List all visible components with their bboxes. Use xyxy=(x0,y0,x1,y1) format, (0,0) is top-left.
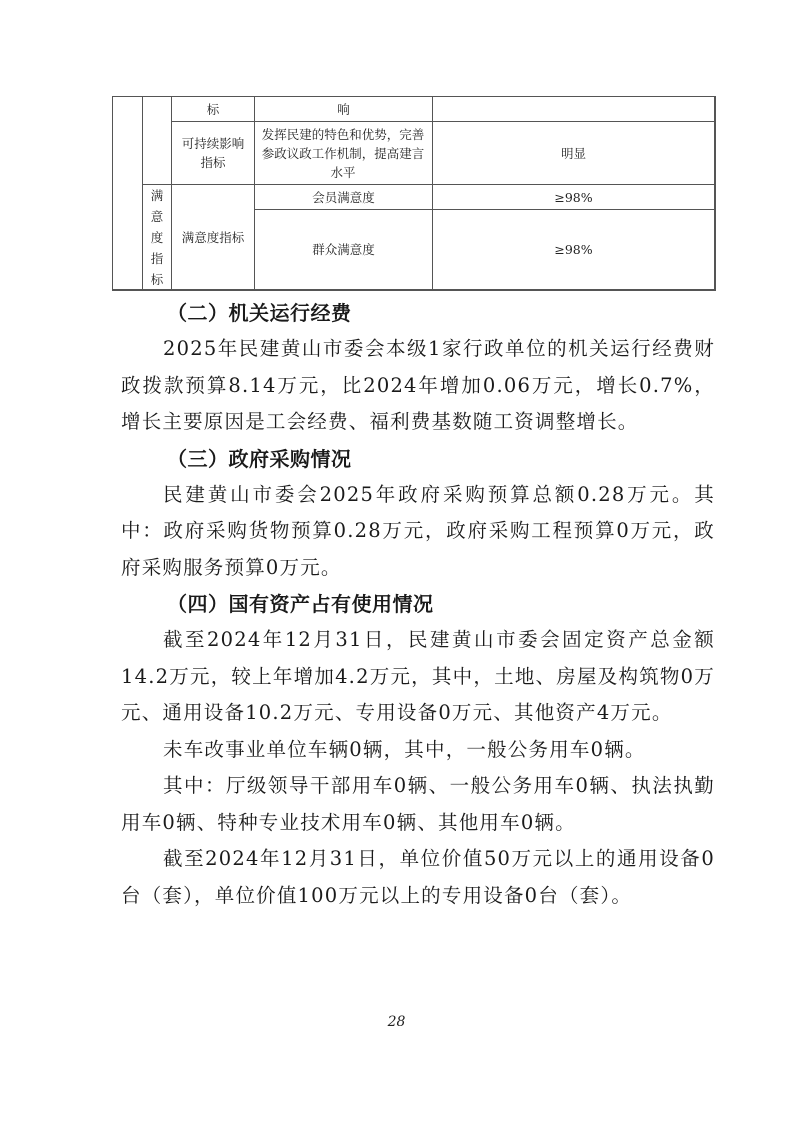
paragraph: 未车改事业单位车辆0辆，其中，一般公务用车0辆。 xyxy=(121,732,715,769)
table-cell xyxy=(433,97,714,121)
section-heading: （三）政府采购情况 xyxy=(121,441,715,477)
vertical-label-char: 标 xyxy=(151,269,164,290)
vertical-label-char: 指 xyxy=(151,248,164,269)
table-cell: 满意度指标 xyxy=(172,185,254,289)
table-cell: ≥98% xyxy=(433,185,714,209)
table-cell: 明显 xyxy=(433,122,714,184)
table-cell: 可持续影响指标 xyxy=(176,122,250,184)
page-number: 28 xyxy=(0,1014,793,1030)
paragraph: 截至2024年12月31日，单位价值50万元以上的通用设备0台（套），单位价值1… xyxy=(121,841,715,914)
paragraph: 其中：厅级领导干部用车0辆、一般公务用车0辆、执法执勤用车0辆、特种专业技术用车… xyxy=(121,768,715,841)
table-cell: 会员满意度 xyxy=(255,185,432,209)
document-body: （二）机关运行经费 2025年民建黄山市委会本级1家行政单位的机关运行经费财政拨… xyxy=(121,290,715,914)
table-cell: 响 xyxy=(255,97,432,121)
section-heading: （二）机关运行经费 xyxy=(121,295,715,331)
table-cell: 群众满意度 xyxy=(255,210,432,289)
vertical-label-char: 意 xyxy=(151,206,164,227)
section-heading: （四）国有资产占有使用情况 xyxy=(121,586,715,622)
paragraph: 2025年民建黄山市委会本级1家行政单位的机关运行经费财政拨款预算8.14万元，… xyxy=(121,331,715,441)
table-cell: 标 xyxy=(172,97,254,121)
table-cell: 发挥民建的特色和优势，完善参政议政工作机制，提高建言水平 xyxy=(260,122,426,184)
paragraph: 民建黄山市委会2025年政府采购预算总额0.28万元。其中：政府采购货物预算0.… xyxy=(121,477,715,587)
table-cell: ≥98% xyxy=(433,210,714,289)
vertical-label-char: 满 xyxy=(151,185,164,206)
table-border-left xyxy=(112,96,113,290)
satisfaction-indicator-vertical-label: 满 意 度 指 标 xyxy=(143,185,171,289)
performance-indicator-table: 标 响 可持续影响指标 发挥民建的特色和优势，完善参政议政工作机制，提高建言水平… xyxy=(112,96,714,289)
document-page: 标 响 可持续影响指标 发挥民建的特色和优势，完善参政议政工作机制，提高建言水平… xyxy=(0,0,793,1122)
vertical-label-char: 度 xyxy=(151,227,164,248)
paragraph: 截至2024年12月31日，民建黄山市委会固定资产总金额14.2万元，较上年增加… xyxy=(121,622,715,732)
table-border-right xyxy=(714,96,716,291)
